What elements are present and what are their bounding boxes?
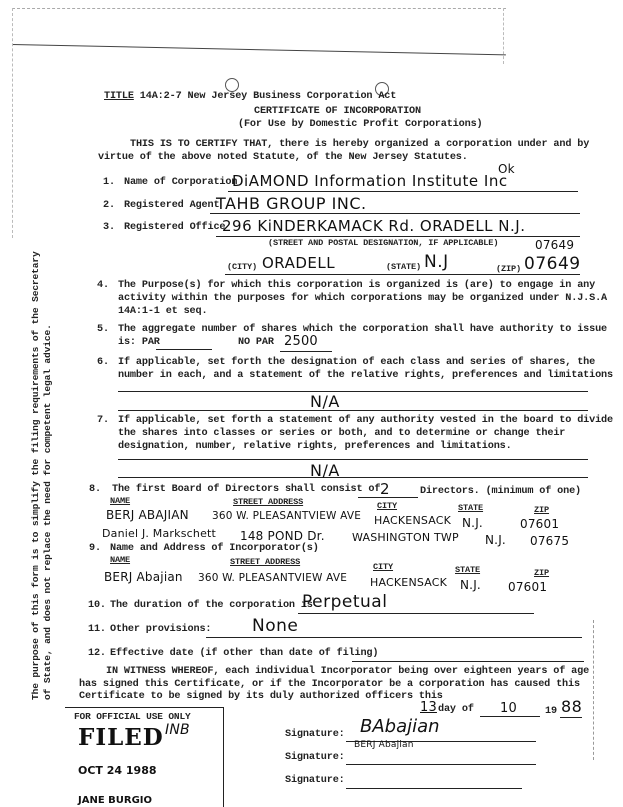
- classes-line-1: If applicable, set forth the designation…: [118, 357, 595, 368]
- director-2-zip[interactable]: 07675: [530, 534, 569, 548]
- incorporator-1-state[interactable]: N.J.: [460, 578, 481, 592]
- witness-year-underline: [560, 717, 582, 718]
- classes-line-a: [118, 391, 588, 392]
- item-10-num: 10.: [88, 600, 106, 611]
- city-field[interactable]: ORADELL: [262, 254, 335, 272]
- witness-line-2: has signed this Certificate, or if the I…: [79, 679, 580, 690]
- directors-col-zip: ZIP: [534, 505, 549, 515]
- nopar-label: NO PAR: [238, 337, 274, 348]
- witness-month-underline: [480, 716, 540, 717]
- registered-office-street-field[interactable]: 296 KiNDERKAMACK Rd. ORADELL N.J.: [222, 217, 525, 235]
- item-3-label: Registered Office: [124, 222, 225, 233]
- filed-name-partial: JANE BURGIO: [78, 795, 152, 806]
- state-label: (STATE): [386, 262, 421, 272]
- state-field[interactable]: N.J: [424, 252, 449, 272]
- director-2-city[interactable]: WASHINGTON TWP: [352, 531, 459, 544]
- par-label: is: PAR: [118, 337, 160, 348]
- authority-line-3: designation, number, relative rights, pr…: [118, 441, 512, 452]
- purpose-line-3: 14A:1-1 et seq.: [118, 306, 207, 317]
- classes-line-2: number in each, and a statement of the r…: [118, 370, 613, 381]
- corporation-name-field[interactable]: DiAMOND Information Institute Inc: [232, 172, 508, 190]
- incorporator-1-name[interactable]: BERJ Abajian: [104, 570, 183, 584]
- director-1-street[interactable]: 360 W. PLEASANTVIEW AVE: [212, 510, 361, 522]
- city-label: (CITY): [227, 262, 257, 272]
- title-line: TITLE 14A:2-7 New Jersey Business Corpor…: [104, 91, 396, 102]
- effective-label: Effective date (if other than date of fi…: [110, 648, 378, 659]
- filed-stamp: FILED: [78, 724, 164, 751]
- director-2-street[interactable]: 148 POND Dr.: [240, 529, 325, 543]
- other-label: Other provisions:: [110, 624, 211, 635]
- cut-line: [12, 44, 506, 55]
- item-1-underline: [228, 191, 578, 192]
- director-2-name[interactable]: Daniel J. Markschett: [102, 527, 216, 540]
- director-1-state[interactable]: N.J.: [462, 516, 483, 530]
- signature-2-field[interactable]: [346, 764, 536, 765]
- classes-value-field[interactable]: N/A: [310, 392, 340, 411]
- signature-1-field[interactable]: BAbajian: [360, 716, 440, 737]
- signature-1-label: Signature:: [285, 729, 345, 740]
- item-9-num: 9.: [89, 543, 101, 554]
- item-2-underline: [210, 213, 580, 214]
- zip-label: (ZIP): [496, 264, 521, 274]
- witness-month-field[interactable]: 10: [500, 701, 517, 716]
- item-8-num: 8.: [89, 484, 101, 495]
- directors-col-name: NAME: [110, 496, 130, 506]
- duration-underline: [298, 613, 534, 614]
- signature-3-label: Signature:: [285, 775, 345, 786]
- signature-1-printed: BERJ Abajian: [354, 740, 414, 750]
- shares-line-1: The aggregate number of shares which the…: [118, 324, 607, 335]
- item-3-underline: [216, 236, 580, 237]
- directors-line-pre: The first Board of Directors shall consi…: [112, 484, 380, 495]
- classes-line-b: [118, 410, 588, 411]
- witness-line-3-text: Certificate to be signed by its duly aut…: [79, 691, 443, 702]
- purpose-line-2: activity within the purposes for which c…: [118, 293, 607, 304]
- street-zip-annotation: 07649: [535, 238, 574, 252]
- punch-hole-left: [225, 78, 239, 92]
- effective-date-field[interactable]: [352, 661, 584, 662]
- incorporator-1-zip[interactable]: 07601: [508, 580, 547, 594]
- authority-line-b: [118, 477, 588, 478]
- incorporator-1-street[interactable]: 360 W. PLEASANTVIEW AVE: [198, 572, 347, 584]
- intro-line-2: virtue of the above noted Statute, of th…: [98, 152, 468, 163]
- incorporators-col-zip: ZIP: [534, 568, 549, 578]
- signature-3-field[interactable]: [346, 788, 522, 789]
- director-1-city[interactable]: HACKENSACK: [374, 514, 451, 527]
- incorporators-label: Name and Address of Incorporator(s): [110, 543, 319, 554]
- incorporator-1-city[interactable]: HACKENSACK: [370, 576, 447, 589]
- title-label: TITLE: [104, 91, 134, 102]
- authority-line-a: [118, 459, 588, 460]
- certificate-page: TITLE 14A:2-7 New Jersey Business Corpor…: [0, 0, 623, 807]
- official-use-header: FOR OFFICIAL USE ONLY: [74, 711, 191, 722]
- director-2-state[interactable]: N.J.: [485, 533, 506, 547]
- page-edge-left: [12, 8, 13, 238]
- page-edge-top: [12, 8, 506, 9]
- authority-line-2: the shares into classes or series or bot…: [118, 428, 565, 439]
- sidebar-line-2: of State, and does not replace the need …: [42, 251, 54, 700]
- street-hint: (STREET AND POSTAL DESIGNATION, IF APPLI…: [268, 238, 498, 248]
- zip-field[interactable]: 07649: [524, 254, 581, 274]
- nopar-value-field[interactable]: 2500: [284, 334, 318, 349]
- filed-initials: INB: [165, 722, 190, 738]
- witness-line-1: IN WITNESS WHEREOF, each individual Inco…: [106, 666, 589, 677]
- incorporators-col-name: NAME: [110, 555, 130, 565]
- item-1-label: Name of Corporation: [124, 177, 237, 188]
- item-11-num: 11.: [88, 624, 106, 635]
- purpose-line-1: The Purpose(s) for which this corporatio…: [118, 280, 595, 291]
- witness-year-prefix: 19: [545, 706, 557, 717]
- item-6-num: 6.: [97, 357, 109, 368]
- directors-line-post: Directors. (minimum of one): [420, 486, 581, 497]
- director-1-zip[interactable]: 07601: [520, 517, 559, 531]
- item-3-num: 3.: [103, 222, 115, 233]
- official-use-box: [65, 707, 224, 807]
- sidebar-line-1: The purpose of this form is to simplify …: [30, 251, 42, 700]
- other-provisions-field[interactable]: None: [252, 616, 298, 636]
- witness-line-3: Certificate to be signed by its duly aut…: [79, 691, 443, 702]
- authority-value-field[interactable]: N/A: [310, 461, 340, 480]
- incorporators-col-city: CITY: [373, 562, 393, 572]
- witness-year-field[interactable]: 88: [561, 697, 582, 716]
- approval-annotation: Ok: [498, 162, 515, 176]
- director-1-name[interactable]: BERJ ABAJIAN: [106, 508, 189, 522]
- incorporators-col-street: STREET ADDRESS: [230, 557, 300, 567]
- registered-agent-field[interactable]: TAHB GROUP INC.: [216, 194, 367, 213]
- witness-day-label: day of: [438, 704, 474, 715]
- nopar-underline: [280, 351, 332, 352]
- intro-line-1: THIS IS TO CERTIFY THAT, there is hereby…: [130, 139, 589, 150]
- item-2-num: 2.: [103, 200, 115, 211]
- authority-line-1: If applicable, set forth a statement of …: [118, 415, 613, 426]
- directors-col-state: STATE: [458, 503, 483, 513]
- page-edge-right: [503, 8, 504, 64]
- directors-col-street: STREET ADDRESS: [233, 497, 303, 507]
- directors-count-field[interactable]: 2: [380, 480, 390, 498]
- duration-label: The duration of the corporation is: [110, 600, 313, 611]
- page-edge-right-lower: [593, 620, 594, 760]
- duration-field[interactable]: Perpetual: [302, 592, 387, 612]
- other-underline: [206, 637, 582, 638]
- item-2-label: Registered Agent: [124, 200, 219, 211]
- title-rest: 14A:2-7 New Jersey Business Corporation …: [140, 91, 396, 102]
- certificate-heading: CERTIFICATE OF INCORPORATION: [254, 106, 421, 117]
- sidebar-disclaimer: The purpose of this form is to simplify …: [30, 251, 54, 700]
- filed-date: OCT 24 1988: [78, 764, 157, 777]
- item-5-num: 5.: [97, 324, 109, 335]
- certificate-subheading: (For Use by Domestic Profit Corporations…: [238, 119, 483, 130]
- item-12-num: 12.: [88, 648, 106, 659]
- city-state-zip-underline: [225, 274, 580, 275]
- item-4-num: 4.: [97, 280, 109, 291]
- witness-day-field[interactable]: 13: [420, 700, 437, 715]
- incorporators-col-state: STATE: [455, 565, 480, 575]
- par-value-field[interactable]: [156, 349, 212, 350]
- signature-2-label: Signature:: [285, 752, 345, 763]
- directors-col-city: CITY: [377, 501, 397, 511]
- item-7-num: 7.: [97, 415, 109, 426]
- item-1-num: 1.: [103, 177, 115, 188]
